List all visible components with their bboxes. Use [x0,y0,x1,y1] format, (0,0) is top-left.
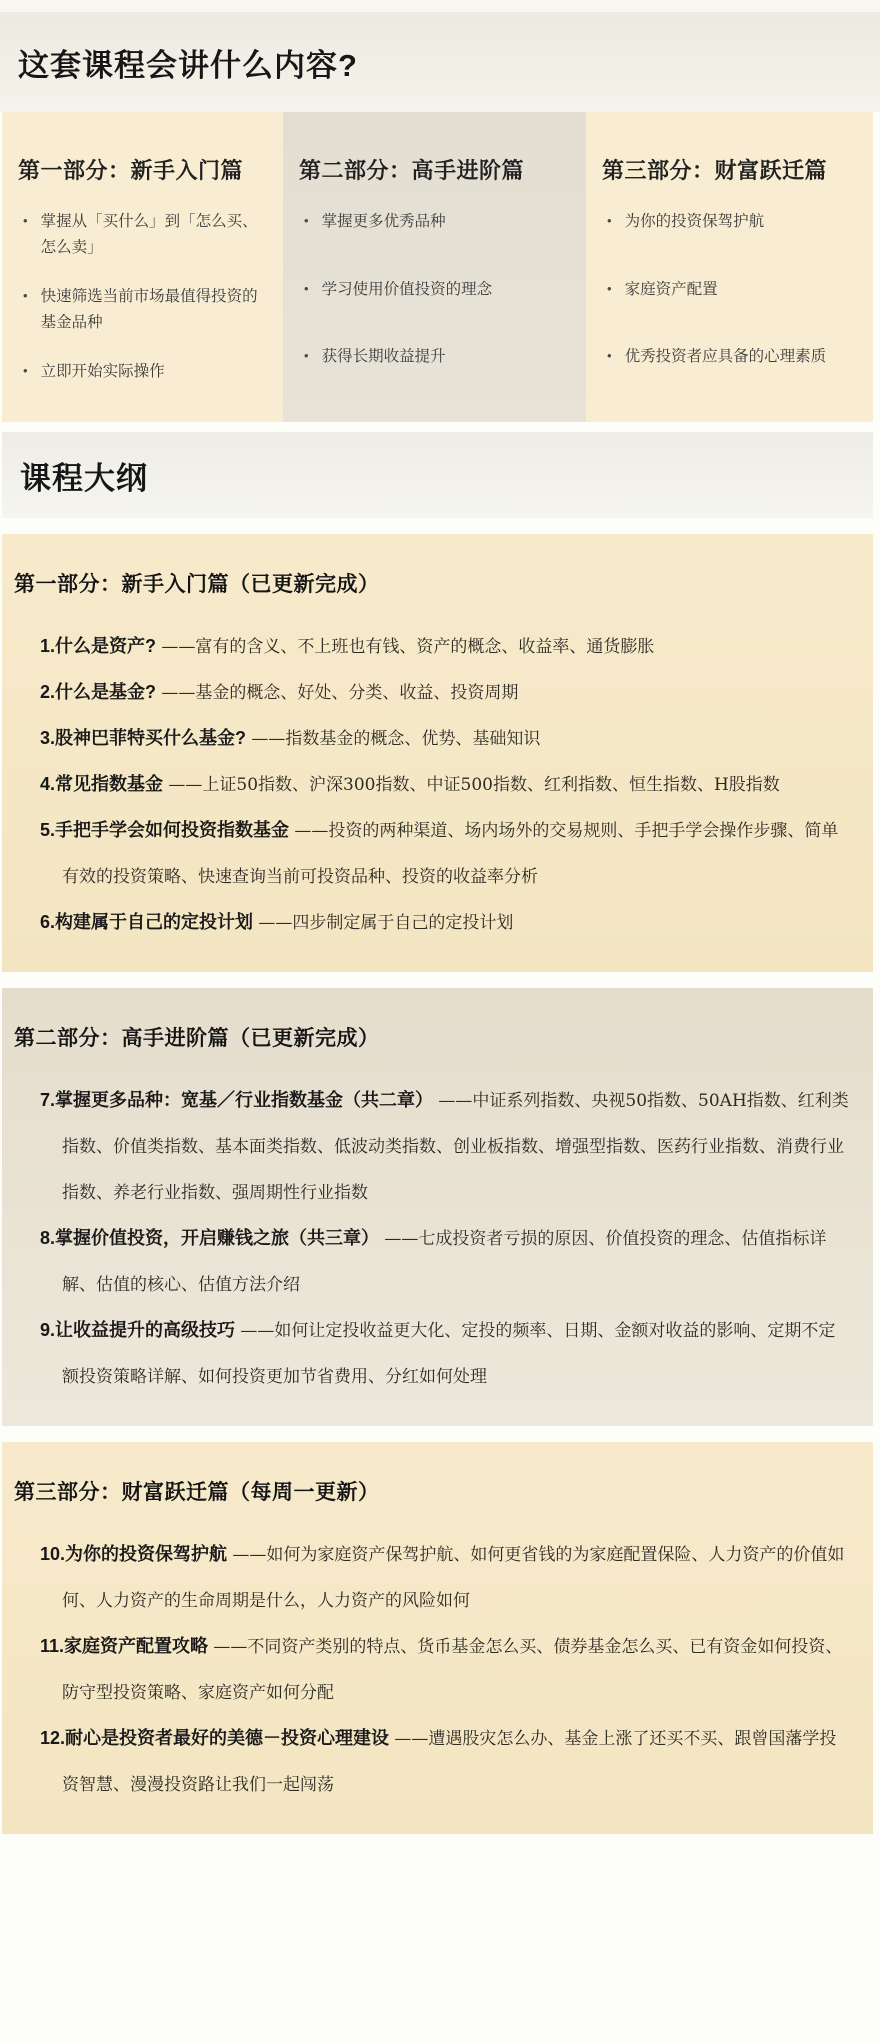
intro-header: 这套课程会讲什么内容? [0,12,880,112]
bullet-text: 学习使用价值投资的理念 [322,277,493,303]
bullet-item: 快速筛选当前市场最值得投资的基金品种 [14,284,269,335]
item-description: ——四步制定属于自己的定投计划 [253,913,513,933]
overview-bullet-list: 掌握更多优秀品种 学习使用价值投资的理念 获得长期收益提升 [295,209,572,370]
outline-item: 6.构建属于自己的定投计划 ——四步制定属于自己的定投计划 [14,900,849,946]
outline-item: 12.耐心是投资者最好的美德－投资心理建设 ——遭遇股灾怎么办、基金上涨了还买不… [14,1716,849,1808]
item-number: 2. [40,682,55,702]
outline-item: 10.为你的投资保驾护航 ——如何为家庭资产保驾护航、如何更省钱的为家庭配置保险… [14,1532,849,1624]
item-number: 6. [40,912,55,932]
item-number: 10. [40,1544,65,1564]
outline-item: 3.股神巴菲特买什么基金? ——指数基金的概念、优势、基础知识 [14,716,849,762]
item-number: 9. [40,1320,55,1340]
section-gap [0,422,880,432]
bullet-item: 立即开始实际操作 [14,359,269,385]
item-title: 什么是资产? [55,636,156,656]
bullet-item: 掌握更多优秀品种 [295,209,572,235]
outline-item: 5.手把手学会如何投资指数基金 ——投资的两种渠道、场内场外的交易规则、手把手学… [14,808,849,900]
bullet-text: 为你的投资保驾护航 [625,209,765,235]
item-number: 7. [40,1090,55,1110]
outline-item: 7.掌握更多品种：宽基／行业指数基金（共二章） ——中证系列指数、央视50指数、… [14,1078,849,1216]
item-title: 手把手学会如何投资指数基金 [55,820,289,840]
item-title: 掌握更多品种：宽基／行业指数基金（共二章） [55,1090,433,1110]
overview-column-title: 第一部分：新手入门篇 [18,154,269,185]
item-number: 3. [40,728,55,748]
outline-header: 课程大纲 [2,432,873,518]
outline-item: 8.掌握价值投资，开启赚钱之旅（共三章） ——七成投资者亏损的原因、价值投资的理… [14,1216,849,1308]
item-description: ——富有的含义、不上班也有钱、资产的概念、收益率、通货膨胀 [156,637,654,657]
overview-column-advanced: 第二部分：高手进阶篇 掌握更多优秀品种 学习使用价值投资的理念 获得长期收益提升 [283,112,586,422]
outline-item: 4.常见指数基金 ——上证50指数、沪深300指数、中证500指数、红利指数、恒… [14,762,849,808]
outline-item: 9.让收益提升的高级技巧 ——如何让定投收益更大化、定投的频率、日期、金额对收益… [14,1308,849,1400]
outline-section-part2: 第二部分：高手进阶篇（已更新完成） 7.掌握更多品种：宽基／行业指数基金（共二章… [2,988,873,1426]
overview-column-wealth: 第三部分：财富跃迁篇 为你的投资保驾护航 家庭资产配置 优秀投资者应具备的心理素… [586,112,873,422]
section-gap [0,972,880,988]
outline-item: 2.什么是基金? ——基金的概念、好处、分类、收益、投资周期 [14,670,849,716]
bullet-text: 快速筛选当前市场最值得投资的基金品种 [41,284,269,335]
item-description: ——上证50指数、沪深300指数、中证500指数、红利指数、恒生指数、H股指数 [163,775,780,795]
item-title: 耐心是投资者最好的美德－投资心理建设 [65,1728,389,1748]
item-number: 12. [40,1728,65,1748]
bullet-text: 掌握从「买什么」到「怎么买、怎么卖」 [41,209,269,260]
outline-section-title: 第二部分：高手进阶篇（已更新完成） [14,1022,849,1052]
top-strip [0,0,880,12]
section-gap [0,1426,880,1442]
item-title: 构建属于自己的定投计划 [55,912,253,932]
overview-column-beginner: 第一部分：新手入门篇 掌握从「买什么」到「怎么买、怎么卖」 快速筛选当前市场最值… [2,112,283,422]
bullet-text: 立即开始实际操作 [41,359,165,385]
item-title: 常见指数基金 [55,774,163,794]
item-number: 8. [40,1228,55,1248]
bullet-item: 掌握从「买什么」到「怎么买、怎么卖」 [14,209,269,260]
overview-column-title: 第三部分：财富跃迁篇 [602,154,859,185]
item-title: 什么是基金? [55,682,156,702]
item-number: 5. [40,820,55,840]
overview-bullet-list: 为你的投资保驾护航 家庭资产配置 优秀投资者应具备的心理素质 [598,209,859,370]
overview-column-title: 第二部分：高手进阶篇 [299,154,572,185]
bullet-item: 家庭资产配置 [598,277,859,303]
item-number: 11. [40,1636,64,1656]
item-description: ——指数基金的概念、优势、基础知识 [246,729,540,749]
section-gap [0,518,880,534]
outline-section-part1: 第一部分：新手入门篇（已更新完成） 1.什么是资产? ——富有的含义、不上班也有… [2,534,873,972]
bullet-item: 为你的投资保驾护航 [598,209,859,235]
overview-bullet-list: 掌握从「买什么」到「怎么买、怎么卖」 快速筛选当前市场最值得投资的基金品种 立即… [14,209,269,385]
item-number: 4. [40,774,55,794]
item-title: 为你的投资保驾护航 [65,1544,227,1564]
outline-section-title: 第一部分：新手入门篇（已更新完成） [14,568,849,598]
bullet-text: 家庭资产配置 [625,277,718,303]
item-title: 掌握价值投资，开启赚钱之旅（共三章） [55,1228,379,1248]
intro-title: 这套课程会讲什么内容? [18,40,358,85]
bullet-text: 掌握更多优秀品种 [322,209,446,235]
outline-item: 1.什么是资产? ——富有的含义、不上班也有钱、资产的概念、收益率、通货膨胀 [14,624,849,670]
course-overview-columns: 第一部分：新手入门篇 掌握从「买什么」到「怎么买、怎么卖」 快速筛选当前市场最值… [2,112,873,422]
item-description: ——基金的概念、好处、分类、收益、投资周期 [156,683,518,703]
item-title: 让收益提升的高级技巧 [55,1320,235,1340]
bullet-item: 获得长期收益提升 [295,344,572,370]
bullet-text: 优秀投资者应具备的心理素质 [625,344,827,370]
outline-item: 11.家庭资产配置攻略 ——不同资产类别的特点、货币基金怎么买、债券基金怎么买、… [14,1624,849,1716]
outline-title: 课程大纲 [20,453,148,498]
bullet-item: 学习使用价值投资的理念 [295,277,572,303]
item-title: 家庭资产配置攻略 [64,1636,208,1656]
outline-section-title: 第三部分：财富跃迁篇（每周一更新） [14,1476,849,1506]
item-number: 1. [40,636,55,656]
item-title: 股神巴菲特买什么基金? [55,728,246,748]
bullet-text: 获得长期收益提升 [322,344,446,370]
bullet-item: 优秀投资者应具备的心理素质 [598,344,859,370]
outline-section-part3: 第三部分：财富跃迁篇（每周一更新） 10.为你的投资保驾护航 ——如何为家庭资产… [2,1442,873,1834]
